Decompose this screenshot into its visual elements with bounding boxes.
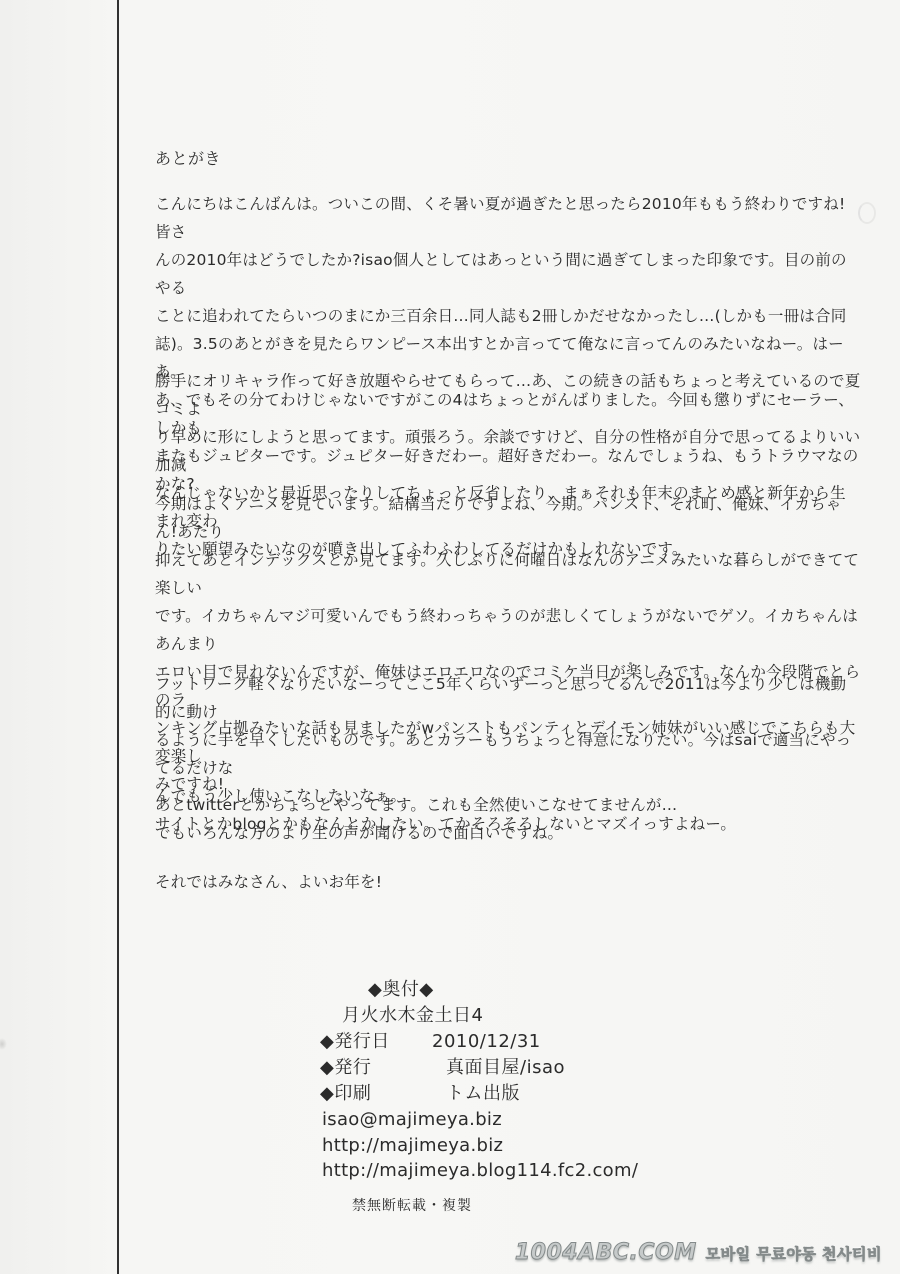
colophon-row-value: 真面目屋/isao bbox=[446, 1055, 565, 1081]
contact-url-site: http://majimeya.biz bbox=[0, 1133, 900, 1159]
colophon-row-label: ◆印刷 bbox=[0, 1081, 446, 1107]
contact-url-blog: http://majimeya.blog114.fc2.com/ bbox=[0, 1158, 900, 1184]
colophon-row-publisher: ◆発行 真面目屋/isao bbox=[0, 1055, 900, 1081]
colophon-heading: ◆奥付◆ bbox=[0, 977, 900, 1003]
watermark: 1004ABC.COM 모바일 무료야동 천사티비 bbox=[515, 1240, 882, 1265]
colophon: ◆奥付◆ 月火水木金土日4 ◆発行日 2010/12/31 ◆発行 真面目屋/i… bbox=[0, 977, 900, 1219]
afterword-title: あとがき bbox=[155, 145, 221, 173]
watermark-site-name: 1004ABC.COM bbox=[515, 1240, 697, 1265]
watermark-tagline: 모바일 무료야동 천사티비 bbox=[706, 1243, 882, 1264]
reprint-notice: 禁無断転載・複製 bbox=[0, 1193, 900, 1219]
book-title: 月火水木金土日4 bbox=[0, 1003, 900, 1029]
scanned-afterword-page: あとがき こんにちはこんばんは。ついこの間、くそ暑い夏が過ぎたと思ったら2010… bbox=[0, 0, 900, 1274]
contact-email: isao@majimeya.biz bbox=[0, 1107, 900, 1133]
afterword-paragraph-5: あとtwitterとかちょっとやってます。これも全然使いこなせてませんが… でも… bbox=[155, 791, 861, 847]
colophon-row-value: トム出版 bbox=[446, 1081, 520, 1107]
closing-line: それではみなさん、よいお年を! bbox=[155, 868, 382, 896]
colophon-row-label: ◆発行日 bbox=[0, 1029, 446, 1055]
colophon-row-publish-date: ◆発行日 2010/12/31 bbox=[0, 1029, 900, 1055]
colophon-row-printer: ◆印刷 トム出版 bbox=[0, 1081, 900, 1107]
colophon-row-value: 2010/12/31 bbox=[432, 1029, 541, 1055]
colophon-row-label: ◆発行 bbox=[0, 1055, 446, 1081]
